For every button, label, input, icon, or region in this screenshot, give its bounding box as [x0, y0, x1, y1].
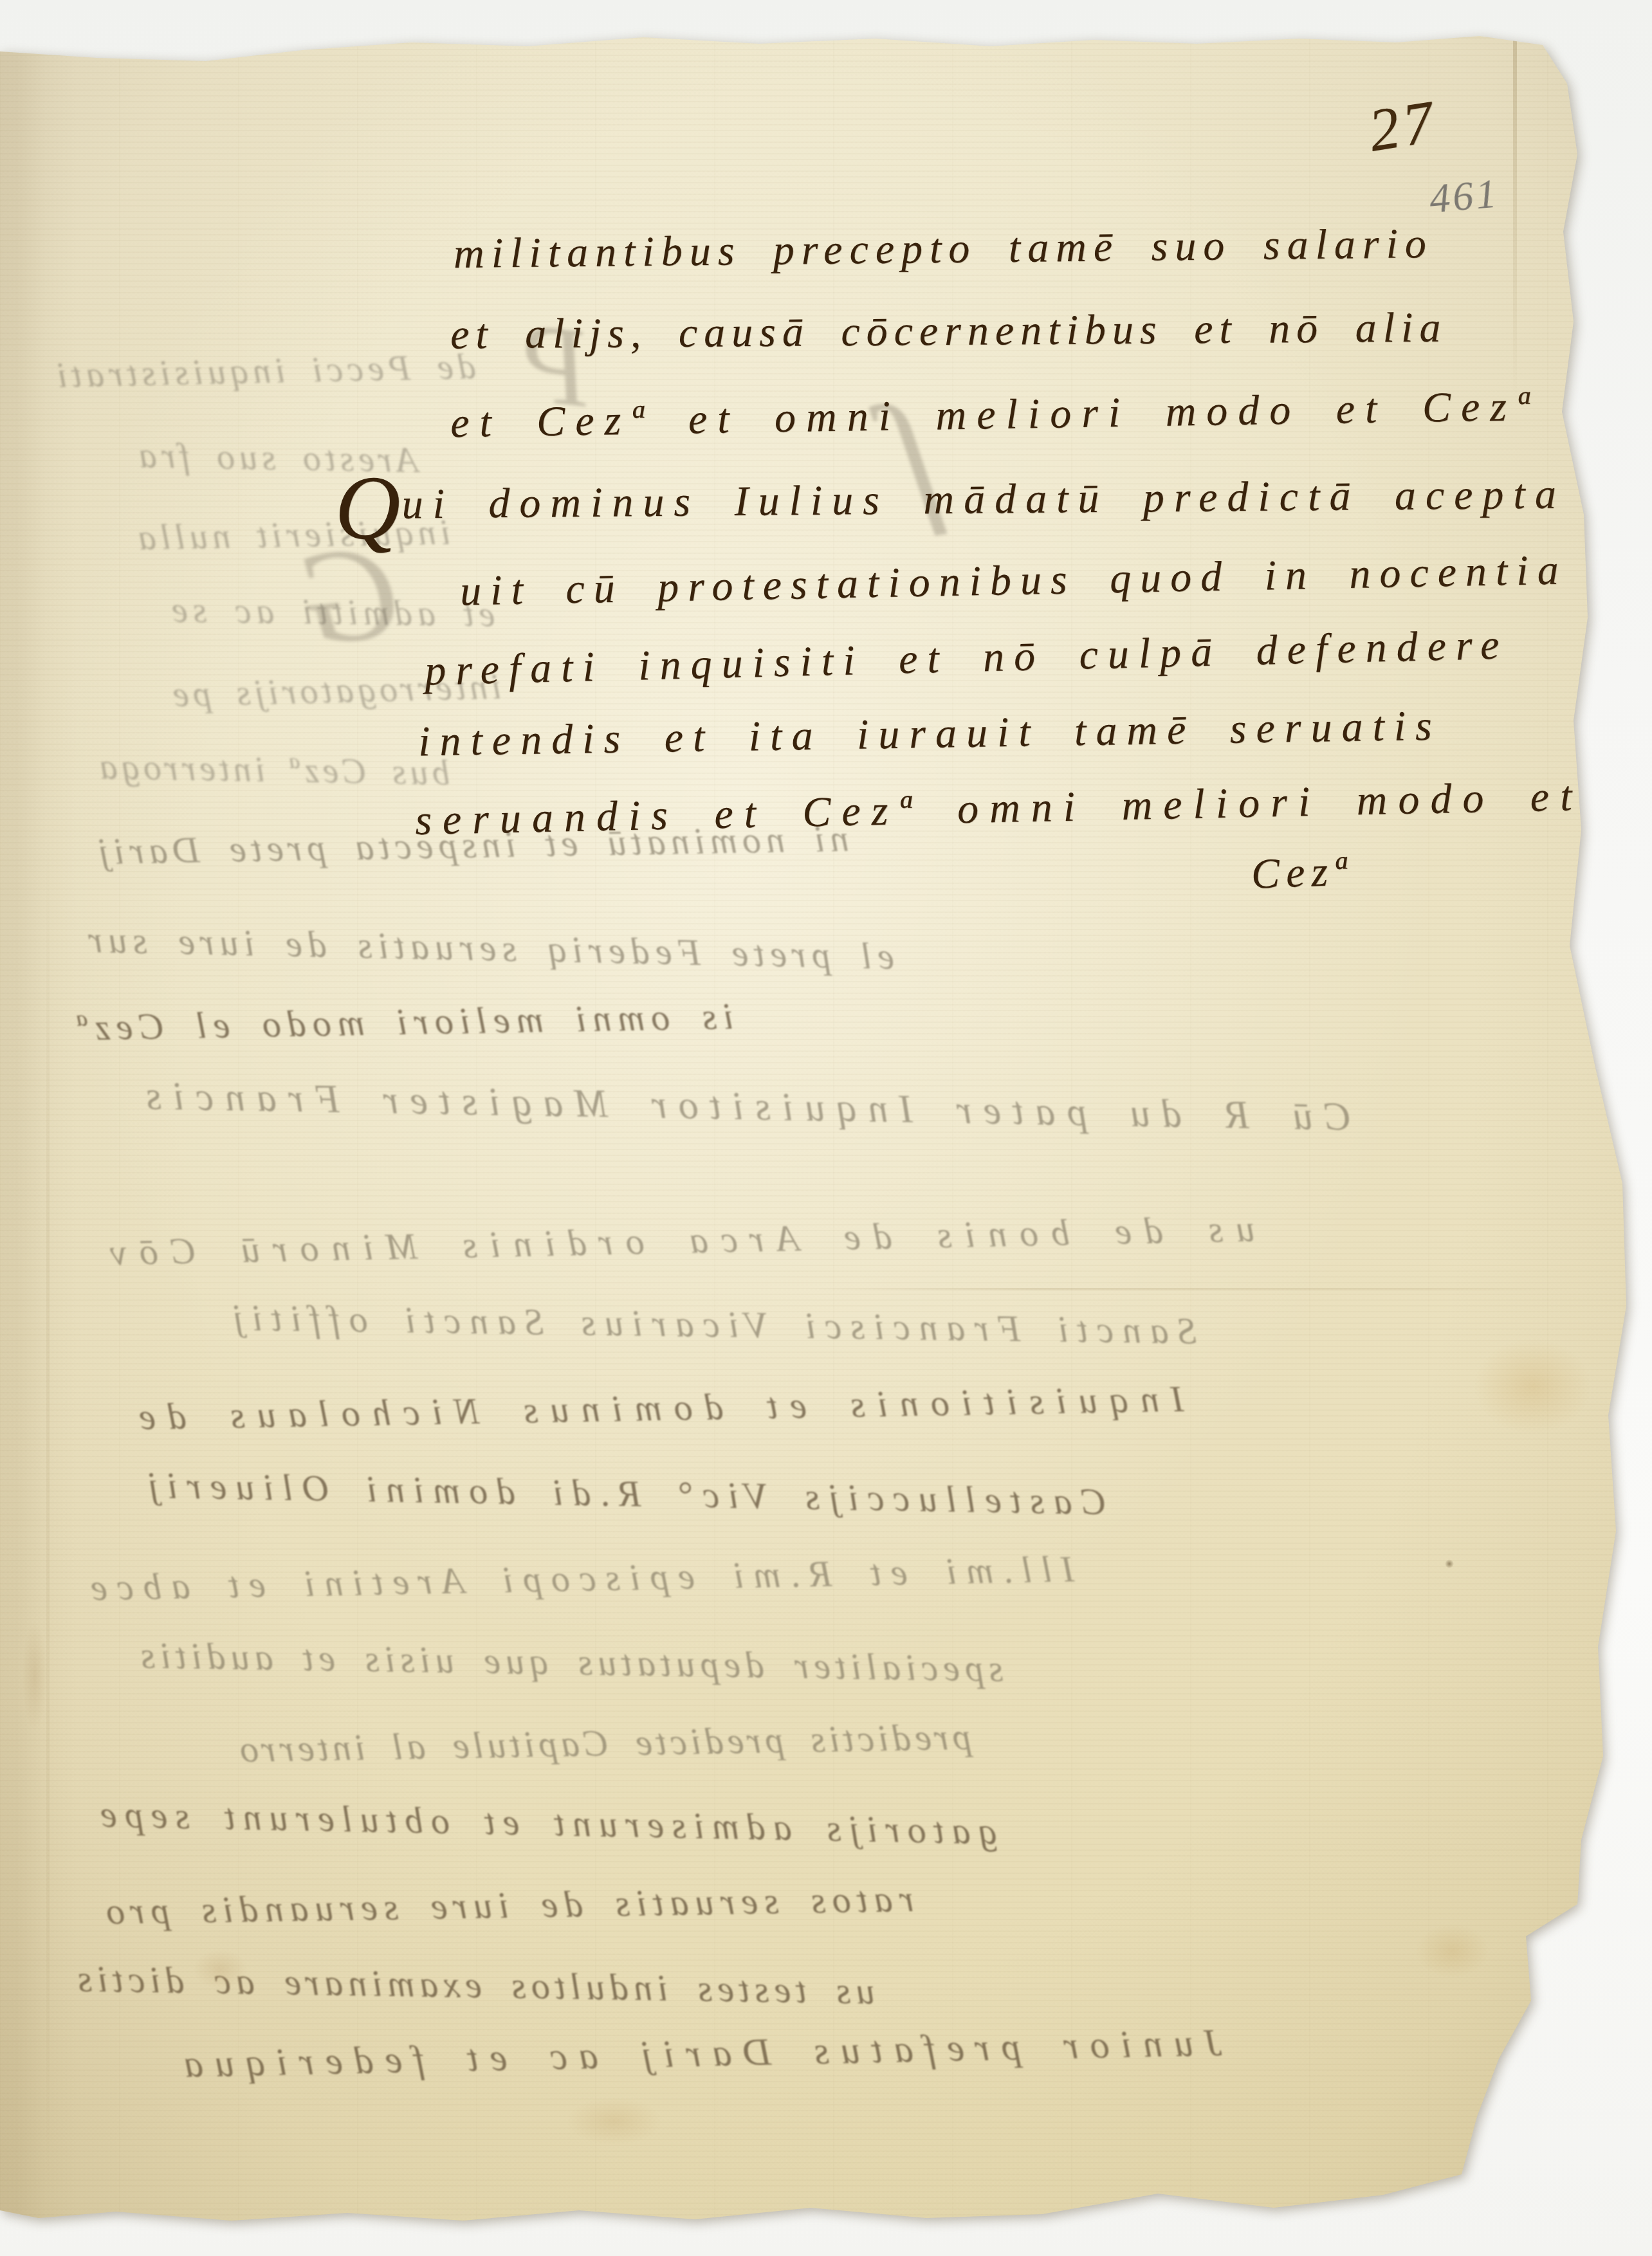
bleedthrough-line-6: Sancti Francisci Vicarius Sancti offitij	[39, 1303, 1197, 1346]
bleedthrough-line-14: us testes indultos examinare ac dictis	[26, 1963, 875, 2006]
bleedthrough-line-15: Junior prefatus Darij ac et federiqua	[39, 2031, 1222, 2076]
bleedthrough-fragment-5: interrogatorijs pe	[39, 670, 502, 711]
ink-line-4: Qui dominus Iulius mādatū predictā acept…	[335, 472, 1566, 527]
bleedthrough-fragment-6: bus Cezª interroga	[39, 749, 450, 791]
bleedthrough-flourish-p: P	[521, 309, 590, 421]
manuscript-page: G P ſ de Pecci inquisistrati Aresto suo …	[0, 0, 1652, 2256]
bleedthrough-line-11: predictis predicte Capitule al interro	[39, 1721, 971, 1765]
bleedthrough-fragment-1: de Pecci inquisistrati	[39, 351, 476, 392]
ink-line-9: Cezª	[1251, 848, 1354, 897]
stain-right-lower	[1415, 1923, 1489, 1978]
bleedthrough-fragment-2: Aresto suo fra	[39, 437, 418, 479]
bleedthrough-flourish-s: ſ	[894, 380, 936, 531]
bleedthrough-line-8: Castelluccijs Vic° R.di domini Oliuerij	[39, 1472, 1106, 1515]
archive-number-pencil: 461	[1427, 169, 1501, 223]
stain-bottom-center	[566, 2097, 663, 2145]
bleedthrough-line-2: el prete Federiq seruatis de iure sur	[39, 926, 894, 969]
scanner-background: G P ſ de Pecci inquisistrati Aresto suo …	[0, 0, 1652, 2256]
bleedthrough-line-3: is omni meliori modo el Cezª	[39, 1000, 733, 1043]
bleedthrough-line-10: specialiter deputatus que uisis et audit…	[39, 1640, 1004, 1683]
ink-line-6: prefati inquisiti et nō culpā defendere	[424, 622, 1509, 693]
ink-line-3: et Cezª et omni meliori modo et Cezª	[450, 384, 1539, 446]
crease-vertical-left	[46, 836, 50, 2187]
folio-number-ink: 27	[1364, 86, 1442, 165]
bleedthrough-line-12: gatorijs admiserunt et obtulerunt sepe	[26, 1801, 997, 1844]
bleedthrough-line-4: Cū R du pater Inquisitor Magister Franci…	[39, 1084, 1351, 1130]
bleedthrough-line-13: ratos seruatis de iure seruandis pro	[39, 1884, 913, 1927]
paper-shadow-wrap: G P ſ de Pecci inquisistrati Aresto suo …	[0, 0, 1652, 2256]
stain-right-middle	[1473, 1338, 1592, 1435]
stain-speck-dark	[1445, 1559, 1454, 1568]
bleedthrough-line-7: Inquisitionis et dominus Nicholaus de	[39, 1386, 1184, 1429]
stain-left-lower	[193, 1949, 248, 1989]
ink-line-5: uit cū protestationibus quod in nocentia	[459, 547, 1568, 613]
ink-line-1: militantibus precepto tamē suo salario	[454, 221, 1434, 276]
ink-line-2: et alijs, causā cōcernentibus et nō alia	[450, 306, 1447, 357]
bleedthrough-fragment-3: inquisierit nulla	[39, 515, 450, 556]
ink-line-7: intendis et ita iurauit tamē seruatis	[418, 704, 1442, 764]
bleedthrough-flourish-g: G	[302, 527, 400, 663]
bleedthrough-line-9: Ill.mi et R.mi episcopi Aretini et abce	[26, 1557, 1074, 1600]
ink-line-8: seruandis et Cezª omni meliori modo et	[414, 774, 1583, 843]
bleedthrough-fragment-4: et admitti ac se	[39, 592, 495, 633]
crease-vertical-top-right	[1513, 40, 1517, 400]
bleedthrough-line-5: us de bonis de Arca ordinis Minorū Cōv	[39, 1219, 1254, 1262]
crease-horizontal-right	[807, 1288, 1573, 1290]
stain-left-edge-smear	[22, 1621, 48, 1730]
bleedthrough-line-1: ni nominatū et inspecta prete Darij	[39, 823, 849, 867]
